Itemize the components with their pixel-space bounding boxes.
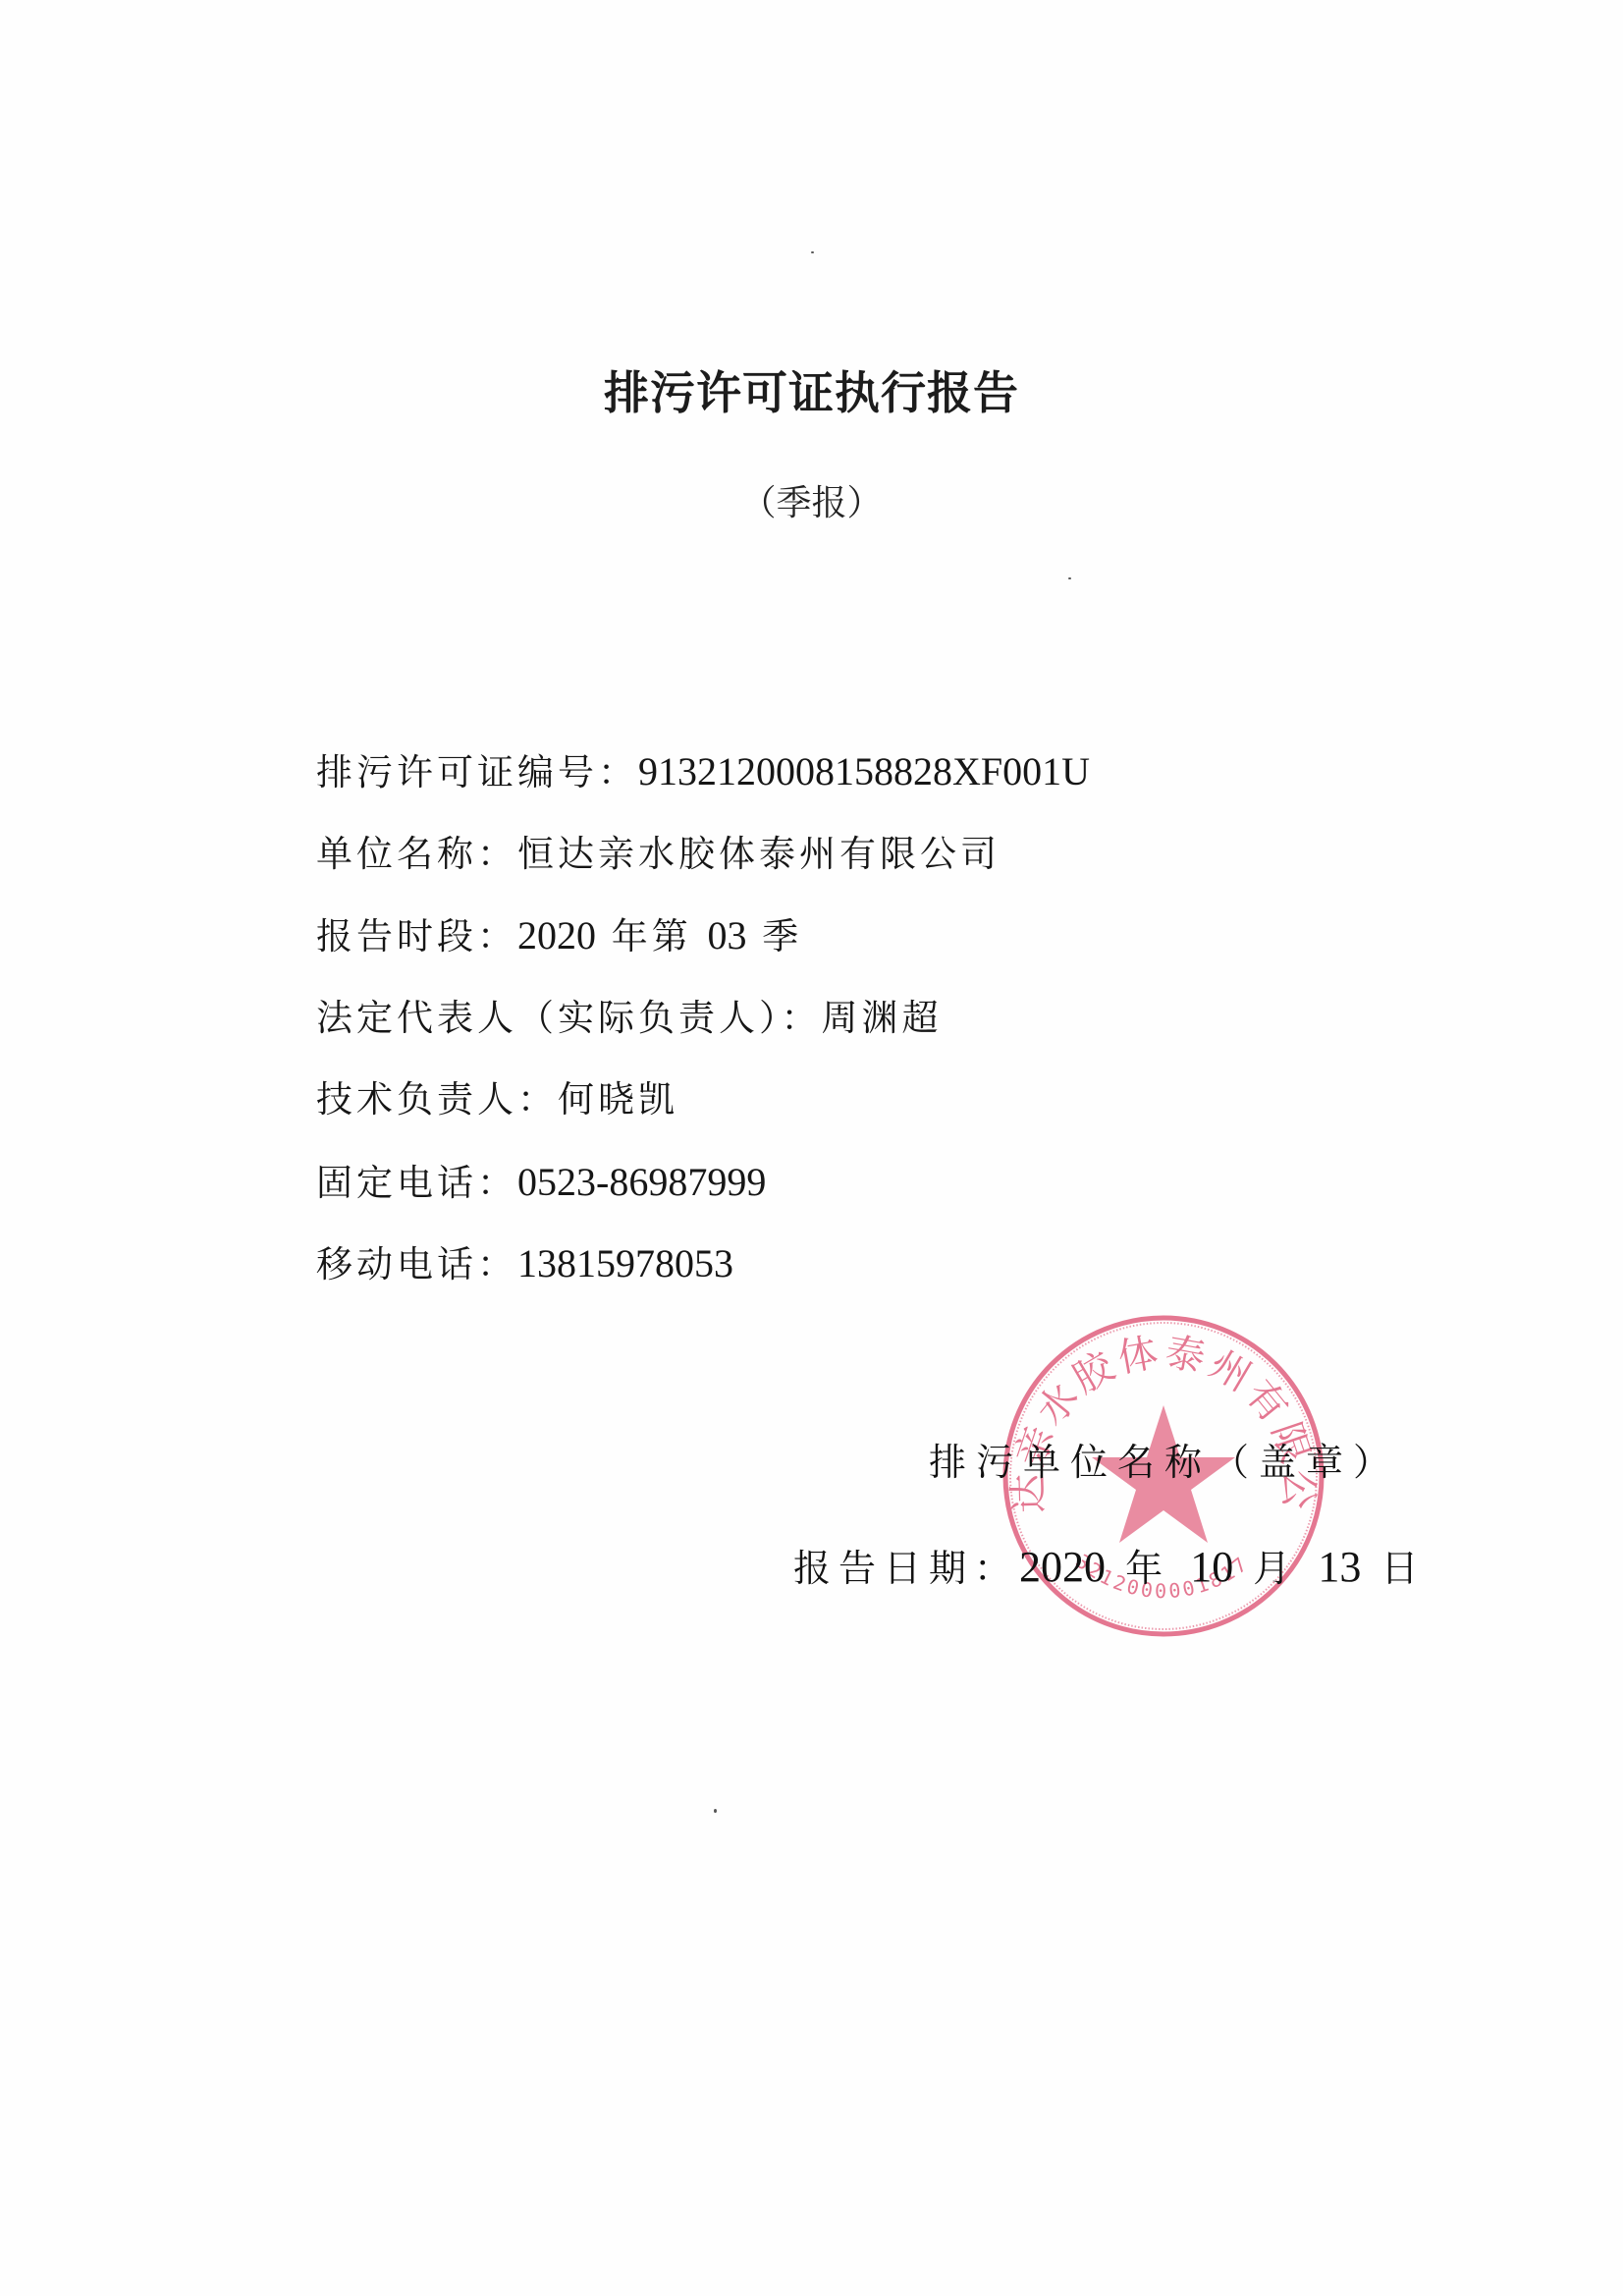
report-date-year: 2020 bbox=[1019, 1543, 1106, 1591]
signature-label: 排污单位名称（盖章） bbox=[929, 1432, 1400, 1486]
landline-value: 0523-86987999 bbox=[517, 1160, 766, 1204]
period-end: 季 bbox=[747, 915, 803, 957]
field-mobile: 移动电话：13815978053 bbox=[316, 1240, 1090, 1323]
field-label: 技术负责人： bbox=[316, 1078, 558, 1121]
field-technical-lead: 技术负责人：何晓凯 bbox=[316, 1076, 1090, 1159]
document-page: 排污许可证执行报告 （季报） 排污许可证编号：913212000815882​8… bbox=[0, 0, 1623, 2296]
scan-speck bbox=[1068, 577, 1071, 579]
scan-speck bbox=[714, 1809, 717, 1813]
field-label: 单位名称： bbox=[316, 833, 517, 875]
mobile-value: 13815978053 bbox=[517, 1241, 733, 1285]
report-date-label: 报告日期： bbox=[793, 1547, 1019, 1590]
scan-speck bbox=[811, 251, 814, 253]
report-date: 报告日期：2020 年 10 月 13 日 bbox=[793, 1538, 1426, 1592]
field-permit-number: 排污许可证编号：913212000815882​8XF001U bbox=[316, 748, 1090, 831]
field-landline: 固定电话：0523-86987999 bbox=[316, 1159, 1090, 1241]
field-label: 报告时段： bbox=[316, 915, 517, 957]
report-date-month: 10 bbox=[1190, 1543, 1233, 1591]
page-title: 排污许可证执行报告 bbox=[0, 357, 1623, 422]
field-label: 移动电话： bbox=[316, 1243, 517, 1285]
report-date-day: 13 bbox=[1318, 1543, 1361, 1591]
technical-lead-value: 何晓凯 bbox=[558, 1078, 678, 1121]
report-date-day-unit: 日 bbox=[1361, 1547, 1426, 1590]
report-date-month-unit: 月 bbox=[1233, 1547, 1318, 1590]
info-fields: 排污许可证编号：913212000815882​8XF001U 单位名称：恒达亲… bbox=[316, 748, 1090, 1323]
field-label: 法定代表人（实际负责人）： bbox=[316, 997, 822, 1039]
field-company-name: 单位名称：恒达亲水胶体泰州有限公司 bbox=[316, 831, 1090, 913]
page-subtitle: （季报） bbox=[0, 475, 1623, 525]
legal-representative-value: 周渊超 bbox=[822, 997, 943, 1039]
field-label: 固定电话： bbox=[316, 1162, 517, 1204]
report-date-year-unit: 年 bbox=[1106, 1547, 1190, 1590]
field-label: 排污许可证编号： bbox=[316, 751, 638, 793]
period-mid: 年第 bbox=[596, 915, 708, 957]
field-legal-representative: 法定代表人（实际负责人）：周渊超 bbox=[316, 995, 1090, 1077]
period-quarter: 03 bbox=[708, 913, 747, 957]
period-year: 2020 bbox=[517, 913, 596, 957]
company-name-value: 恒达亲水胶体泰州有限公司 bbox=[517, 833, 1001, 875]
permit-number-value: 913212000815882​8XF001U bbox=[638, 749, 1090, 793]
field-report-period: 报告时段：2020 年第 03 季 bbox=[316, 912, 1090, 995]
